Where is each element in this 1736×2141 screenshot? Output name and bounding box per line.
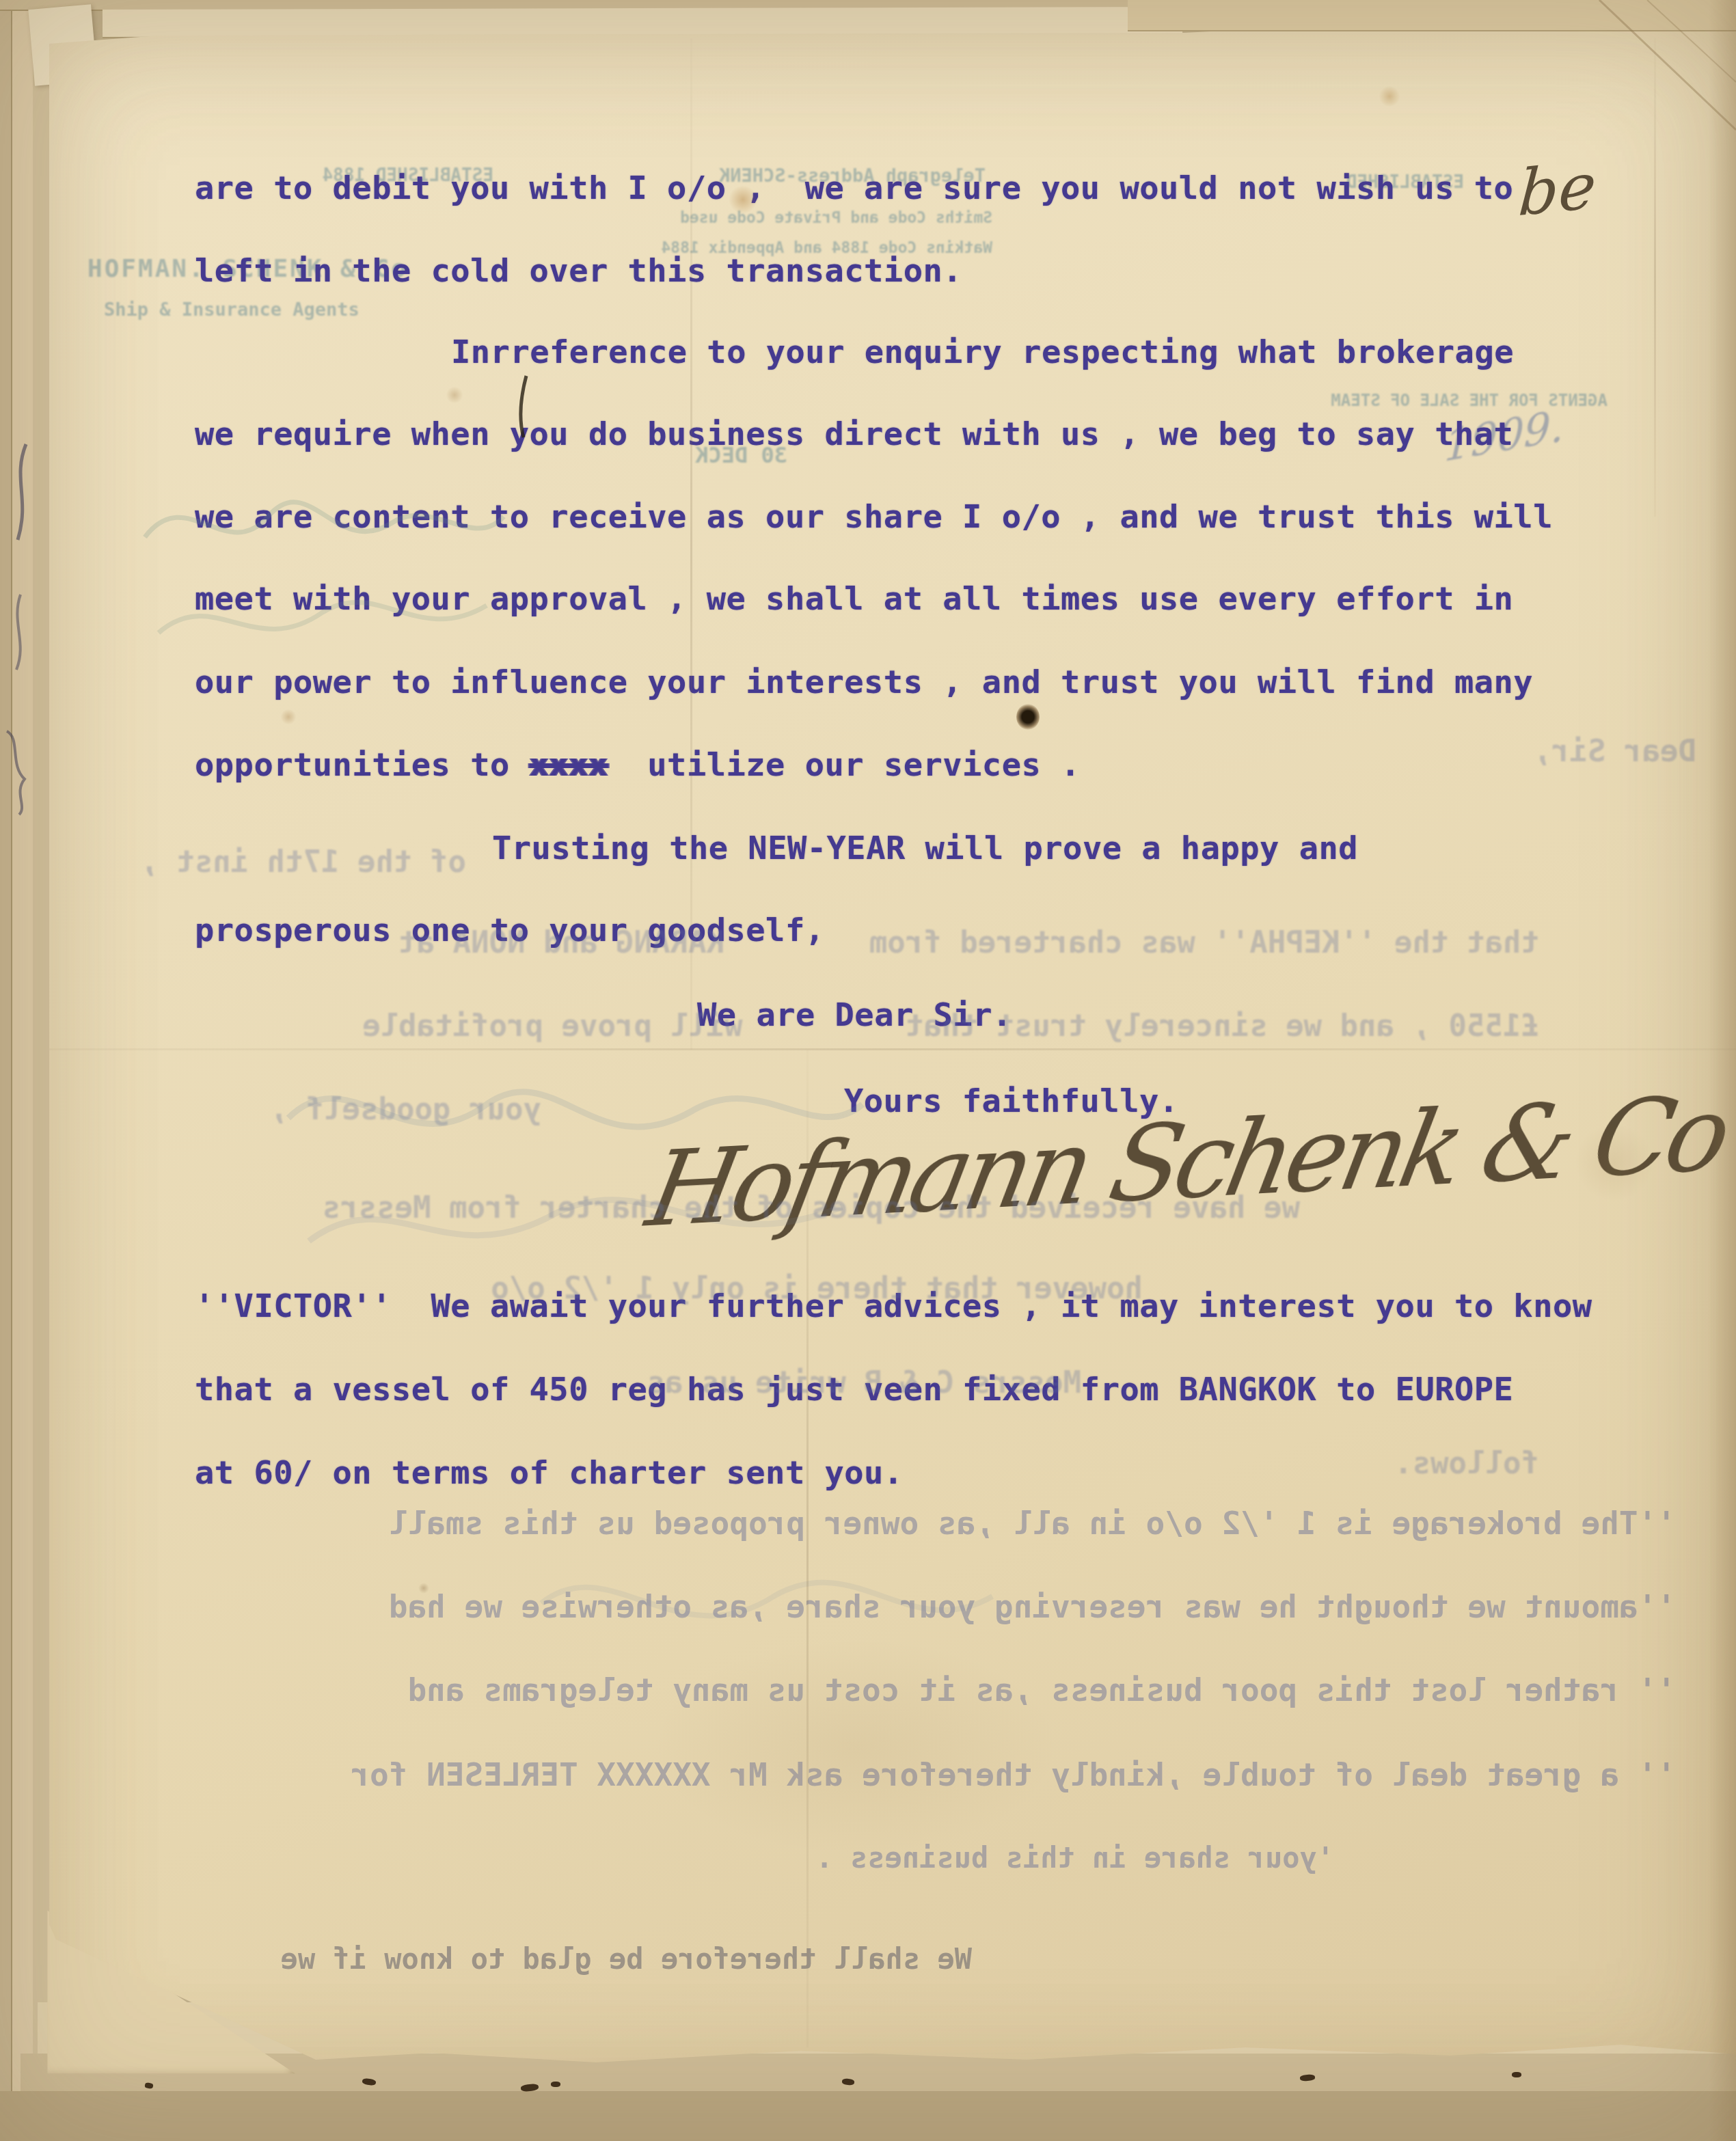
typed-line-with-strikeout: opportunities to xxxx utilize our servic… [195,749,1081,781]
letterhead-bleed-ship-insurance: Ship & Insurance Agents [104,301,360,319]
strike-pre: opportunities to [195,746,530,784]
ink-blot [1016,704,1040,730]
verso-bleed-line: of the 17th inst , [206,847,466,877]
verso-bleed-strong-line: We shall therefore be glad to know if we [234,1945,972,1974]
verso-bleed-line: your goodself , [220,1095,541,1125]
verso-bleed-line: that the ''KEPHA'' was chartered from KA… [206,928,1539,958]
stain-large-soft [651,1637,1061,1856]
typed-line: Inrreference to your enquiry respecting … [451,336,1514,368]
verso-bleed-follows: follows. [1382,1449,1539,1479]
strike-post: utilize our services . [608,746,1081,784]
stain-spot [1379,86,1400,107]
torn-edge-speck [1512,2072,1521,2077]
verso-bleed-dear-sir: Dear Sir, [1491,737,1696,767]
verso-bleed-strong-line: ''The brokerage is 1 '/2 o/o in all ,as … [220,1508,1676,1539]
fold-crease-vertical-bottom [806,1050,809,2047]
typed-line: our power to influence your interests , … [195,666,1533,698]
verso-bleed-line: £1550 , and we sincerely trust that will… [206,1011,1539,1041]
typed-line: we require when you do business direct w… [195,418,1513,450]
letter-sheet: ESTABLISHED 1884 Telegraph Address-SCHEN… [49,31,1736,2078]
handwriting-bleed-squiggle [131,455,514,687]
stain-spot [446,387,463,403]
verso-bleed-strong-line: ''amount we thought he was reserving you… [220,1591,1676,1622]
under-sheet-left-edge-1 [0,0,12,2141]
typed-line: Trusting the NEW-YEAR will prove a happy… [492,832,1358,864]
handwritten-be: be [1517,148,1599,230]
letterhead-bleed-smiths-code: Smiths Code and Private Code used [651,210,992,226]
scanned-letter-page: { "letter": { "typed_lines": [ {"text": … [0,0,1736,2141]
stain-spot [418,1583,429,1594]
stain-spot [1573,1125,1655,1200]
right-edge-shade [1709,0,1736,2141]
stain-spot [280,709,297,724]
verso-bleed-line: however that there is only 1 '/2 o/o [186,1274,1143,1304]
verso-bleed-line: we have received the copies of the chart… [206,1193,1300,1223]
fold-crease-vertical-top [690,38,692,1050]
under-sheet-bottom-3 [0,2091,1736,2141]
fold-crease-horizontal [49,1048,1736,1050]
typed-line: left in the cold over this transaction. [195,255,962,287]
under-sheet-left-edge-2 [12,0,34,2141]
typed-line: at 60/ on terms of charter sent you. [195,1457,904,1489]
typed-line: we are content to receive as our share I… [195,501,1553,533]
torn-edge-speck [551,2082,560,2087]
under-sheet-left-edge-3 [33,0,52,2141]
stain-spot [728,186,758,213]
fold-crease-vertical-right [1654,38,1656,517]
typed-line: meet with your approval , we shall at al… [195,583,1513,615]
struck-word: xxxx [530,746,608,784]
typed-line: are to debit you with I o/o , we are sur… [195,172,1513,204]
under-sheet-top-right [1128,0,1736,31]
verso-bleed-line: Messrs C & B write us as [220,1368,1081,1398]
